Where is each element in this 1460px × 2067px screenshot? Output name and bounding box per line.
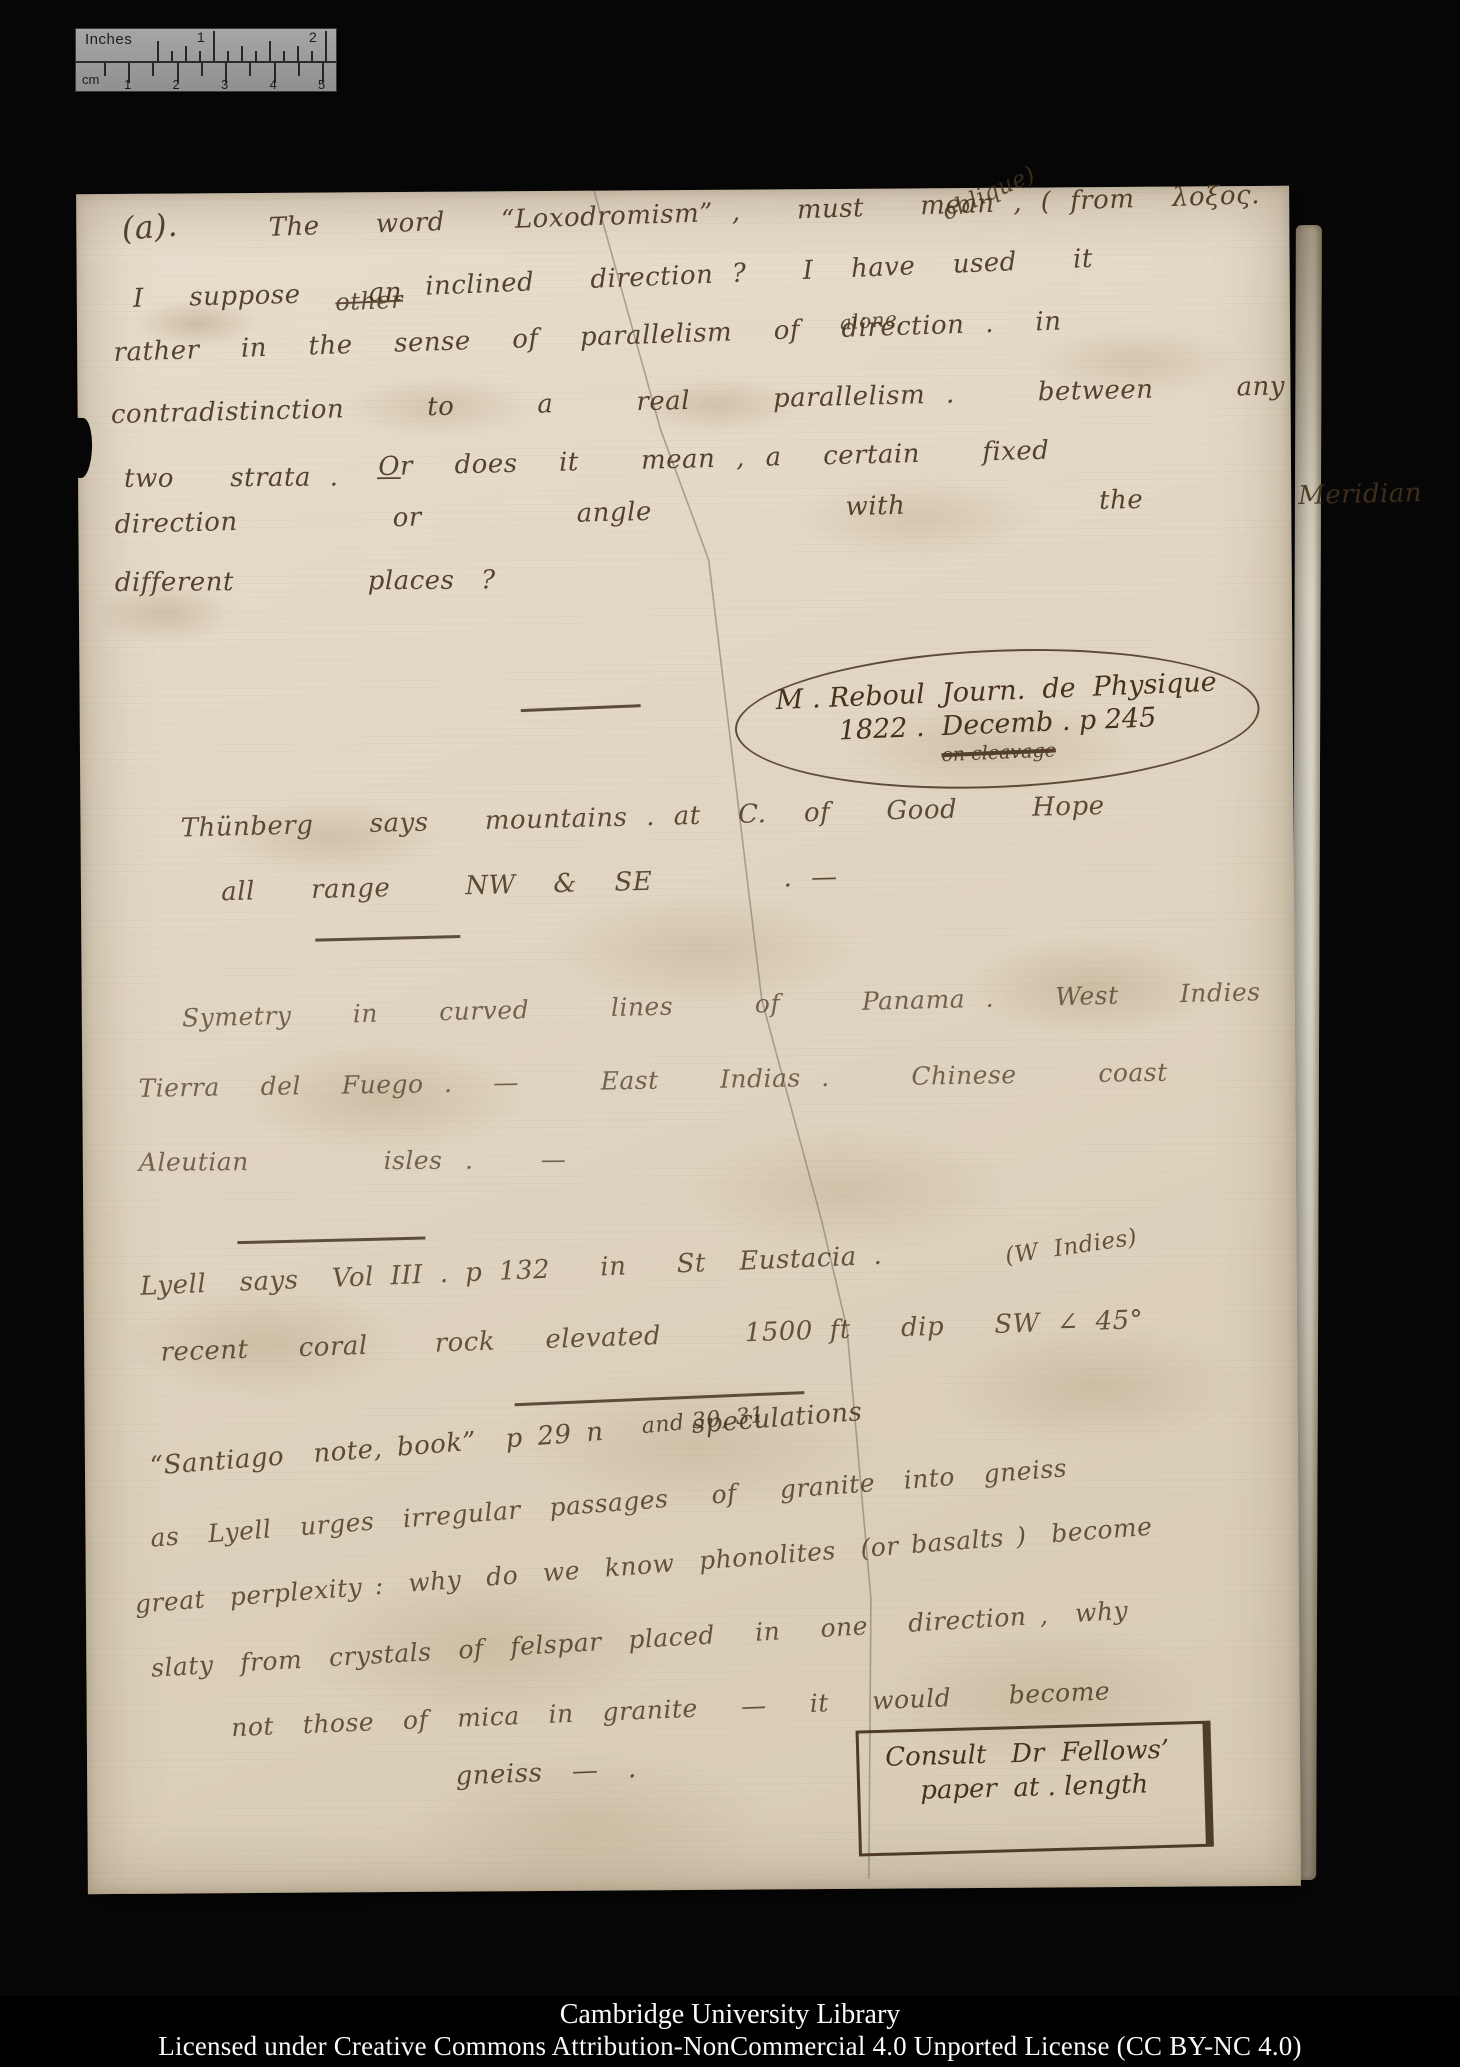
handwriting-line: different places ? [115, 565, 496, 598]
handwriting-line: (a). [120, 206, 179, 248]
inch-tick [297, 46, 299, 61]
cm-number: 5 [318, 77, 325, 92]
ruler-cm-label: cm [82, 72, 99, 87]
cm-tick [298, 63, 300, 76]
inch-tick [171, 51, 173, 61]
ruler-inches-label: Inches [85, 31, 132, 48]
inch-tick [241, 46, 243, 61]
cm-tick [152, 63, 154, 76]
inch-tick [227, 51, 229, 61]
inch-tick [325, 31, 327, 61]
inch-tick [213, 31, 215, 61]
handwriting-line: other [335, 286, 404, 317]
ruler: 12 12345 Inches cm [75, 28, 337, 92]
inch-number: 1 [197, 29, 205, 45]
boxed-consult-note: Consult Dr Fellows’ paper at . length [856, 1721, 1214, 1857]
manuscript-page: (a).The word “Loxodromism” , must mean ,… [76, 186, 1301, 1894]
cm-number: 3 [221, 77, 228, 92]
license-text: Licensed under Creative Commons Attribut… [0, 2031, 1460, 2062]
cm-number: 4 [270, 77, 277, 92]
digitized-manuscript-photo: 12 12345 Inches cm (a).The word “Loxodro… [0, 0, 1460, 2067]
inch-tick [199, 51, 201, 61]
cm-tick [249, 63, 251, 76]
inch-tick [255, 51, 257, 61]
cm-tick [201, 63, 203, 76]
cm-number: 1 [124, 77, 131, 92]
cm-number: 2 [173, 77, 180, 92]
library-name: Cambridge University Library [0, 1999, 1460, 2031]
inch-tick [185, 46, 187, 61]
inch-tick [157, 41, 159, 61]
ruler-cm-scale: 12345 [75, 63, 337, 92]
inch-tick [269, 41, 271, 61]
handwriting-line: Aleutian isles . — [139, 1145, 567, 1177]
inch-tick [311, 51, 313, 61]
attribution-footer: Cambridge University Library Licensed un… [0, 1996, 1460, 2067]
boxed-note-line-2: paper at . length [920, 1768, 1205, 1806]
boxed-note-line-1: Consult Dr Fellows’ [885, 1734, 1204, 1773]
inch-tick [283, 51, 285, 61]
handwriting-line: two strata . — [124, 462, 403, 494]
cm-tick [104, 63, 106, 76]
inch-number: 2 [309, 29, 317, 45]
circled-note-line-3-struck: on cleavage [941, 739, 1056, 766]
